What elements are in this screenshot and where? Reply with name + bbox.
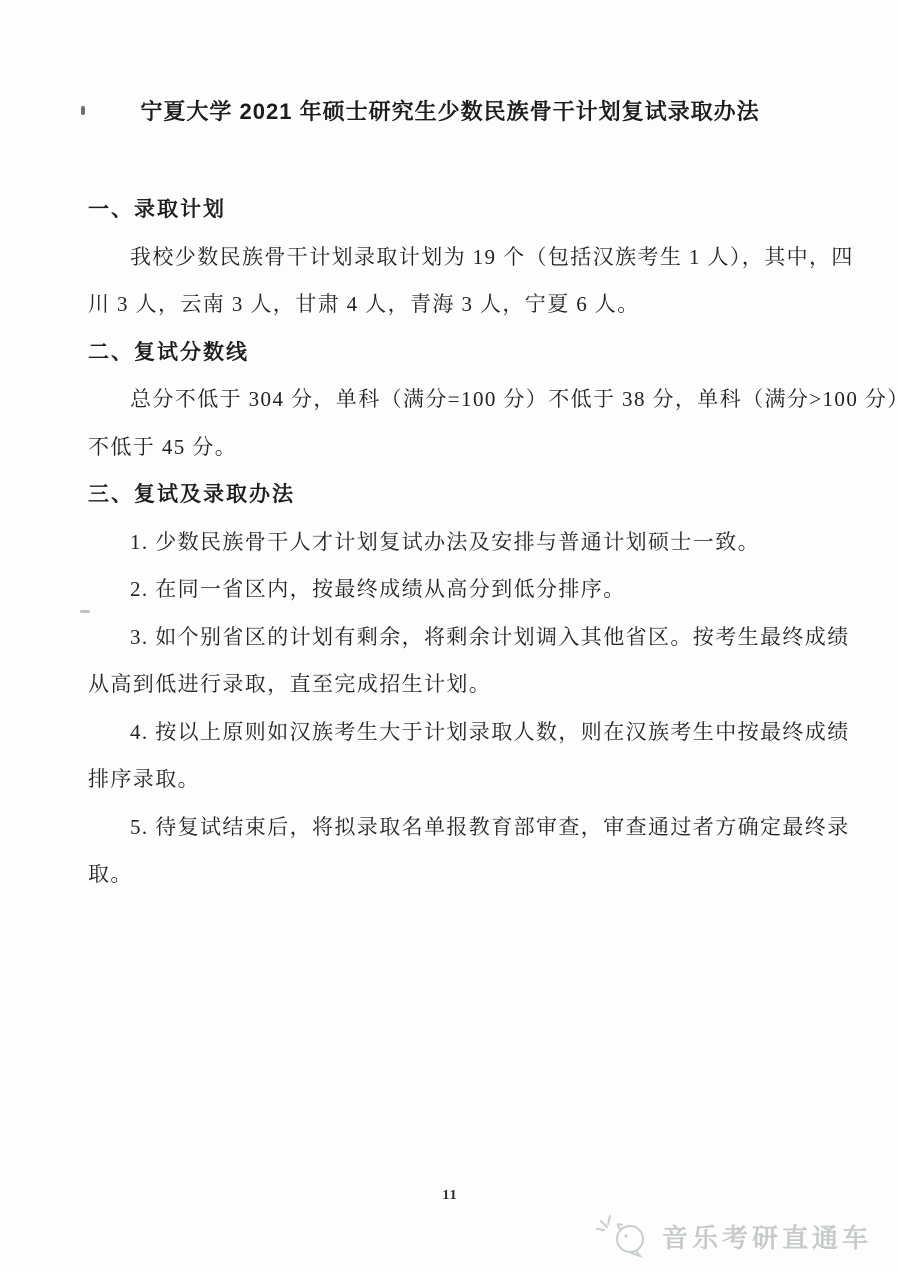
- section-1-paragraph-line: 川 3 人，云南 3 人，甘肃 4 人，青海 3 人，宁夏 6 人。: [88, 281, 850, 329]
- section-1-paragraph-line: 我校少数民族骨干计划录取计划为 19 个（包括汉族考生 1 人），其中，四: [88, 234, 850, 282]
- scan-artifact: [81, 106, 85, 115]
- section-2-paragraph-line: 不低于 45 分。: [88, 424, 850, 472]
- section-3-item-4-line: 4. 按以上原则如汉族考生大于计划录取人数，则在汉族考生中按最终成绩: [88, 709, 850, 757]
- page-number: 11: [0, 1188, 900, 1204]
- watermark: 音乐考研直通车: [594, 1212, 872, 1260]
- section-3-item-3-line: 3. 如个别省区的计划有剩余，将剩余计划调入其他省区。按考生最终成绩: [88, 614, 850, 662]
- section-3-item-3-line: 从高到低进行录取，直至完成招生计划。: [88, 661, 850, 709]
- section-1-heading: 一、录取计划: [88, 186, 850, 234]
- page-title: 宁夏大学 2021 年硕士研究生少数民族骨干计划复试录取办法: [0, 95, 900, 126]
- section-3-item-4-line: 排序录取。: [88, 756, 850, 804]
- section-3-heading: 三、复试及录取办法: [88, 471, 850, 519]
- mascot-doodle-icon: [594, 1212, 656, 1260]
- section-3-item-5-line: 5. 待复试结束后，将拟录取名单报教育部审查，审查通过者方确定最终录: [88, 804, 850, 852]
- document-page: 宁夏大学 2021 年硕士研究生少数民族骨干计划复试录取办法 一、录取计划 我校…: [0, 0, 900, 1273]
- section-3-item-5-line: 取。: [88, 851, 850, 899]
- document-body: 一、录取计划 我校少数民族骨干计划录取计划为 19 个（包括汉族考生 1 人），…: [88, 186, 850, 899]
- section-3-item-1-line: 1. 少数民族骨干人才计划复试办法及安排与普通计划硕士一致。: [88, 519, 850, 567]
- section-2-paragraph-line: 总分不低于 304 分，单科（满分=100 分）不低于 38 分，单科（满分>1…: [88, 376, 850, 424]
- watermark-label: 音乐考研直通车: [662, 1218, 872, 1255]
- section-2-heading: 二、复试分数线: [88, 329, 850, 377]
- section-3-item-2-line: 2. 在同一省区内，按最终成绩从高分到低分排序。: [88, 566, 850, 614]
- scan-artifact: [80, 610, 90, 613]
